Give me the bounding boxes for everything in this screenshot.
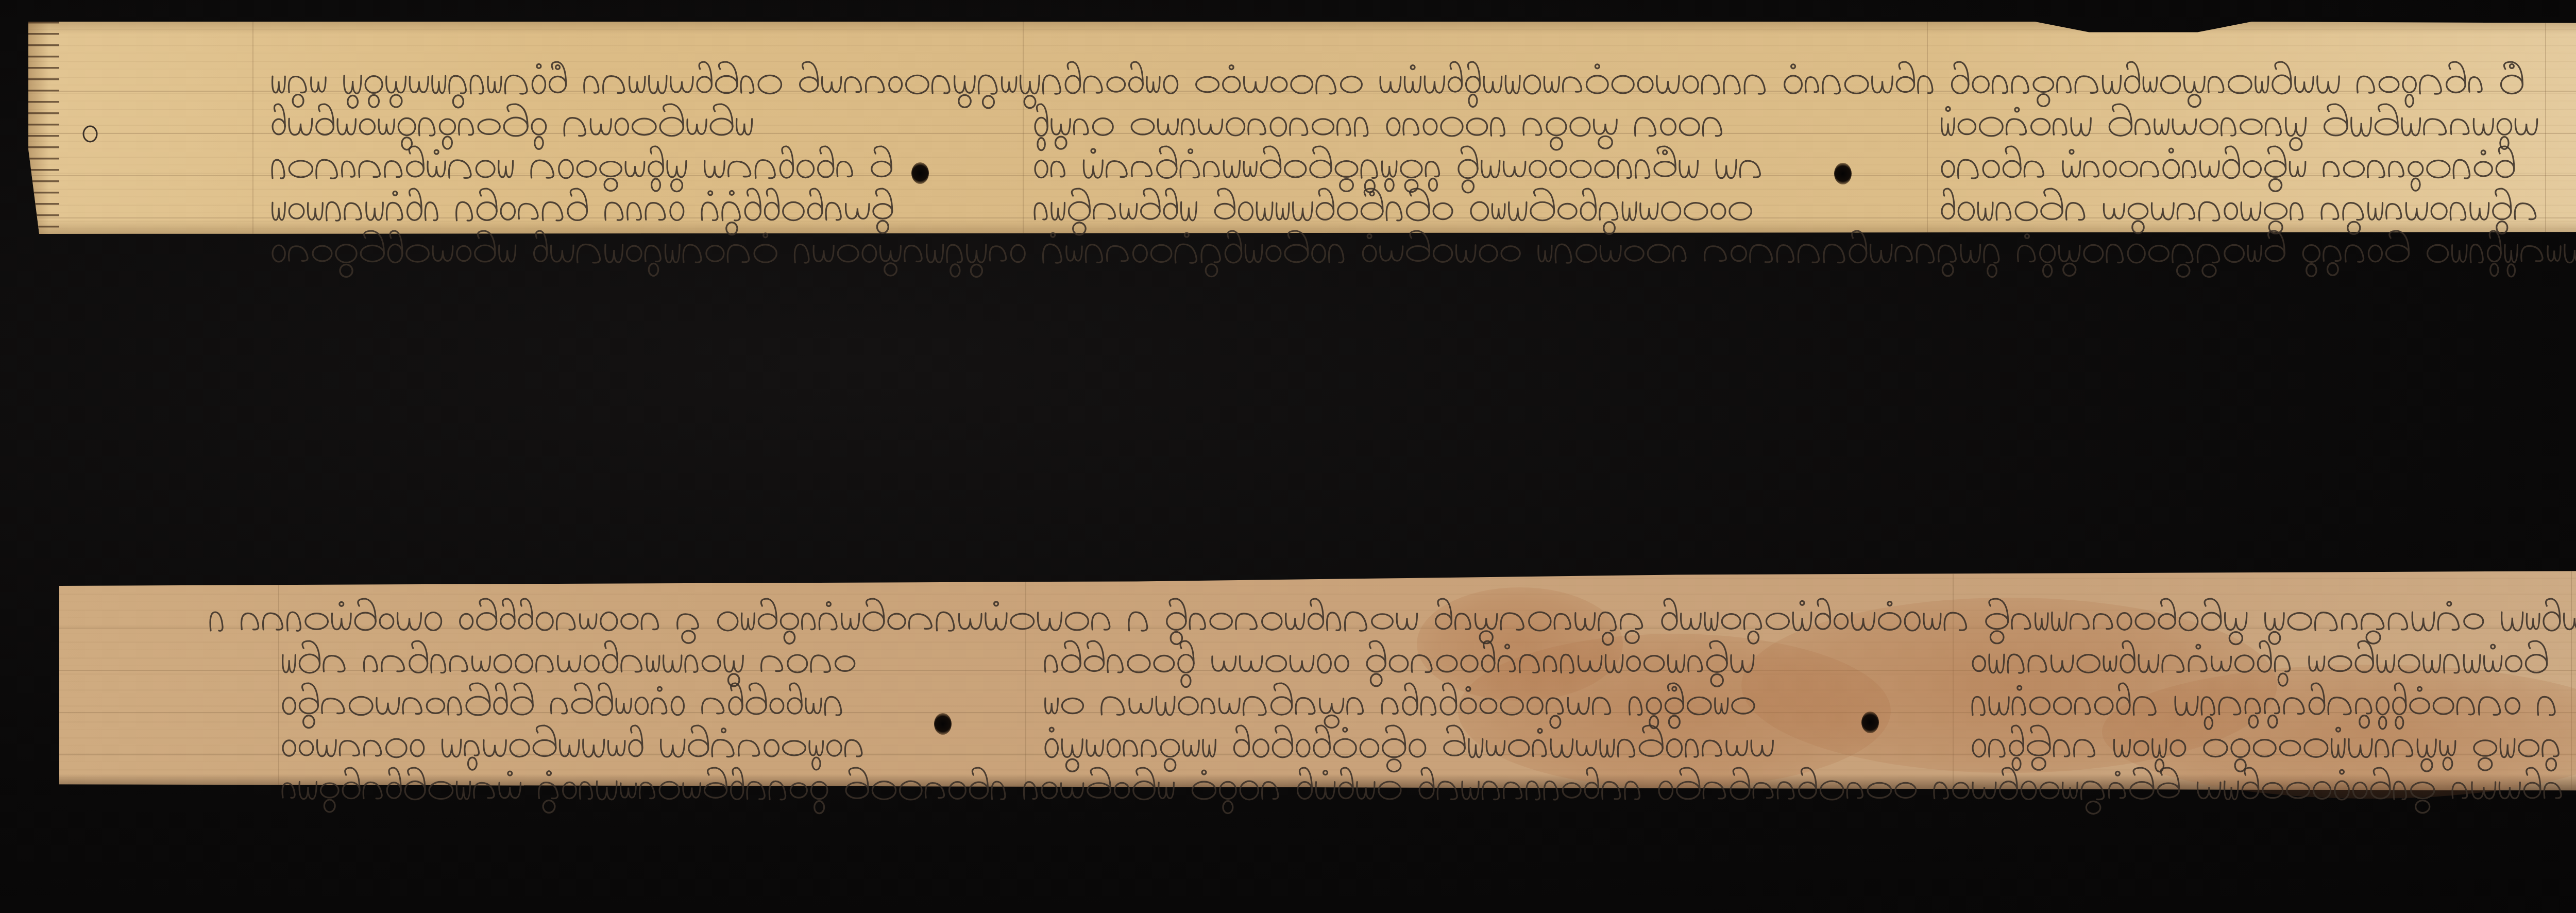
ruling-line-horizontal [59, 712, 2576, 713]
binding-hole [1834, 163, 1852, 184]
palm-leaf-bottom [59, 570, 2576, 791]
ruling-line-vertical [1927, 22, 1928, 234]
binding-hole [934, 713, 952, 735]
leaf-fiber-texture [59, 570, 2576, 791]
ruling-line-horizontal [28, 217, 2576, 218]
ruling-line-horizontal [28, 91, 2576, 92]
ruling-line-horizontal [59, 754, 2576, 755]
ruling-line-horizontal [59, 670, 2576, 671]
ruling-line-vertical [1025, 570, 1026, 791]
binding-hole [911, 162, 929, 184]
ruling-line-vertical [252, 22, 253, 234]
leaf-number-glyph [75, 119, 106, 149]
ruling-line-vertical [1953, 570, 1954, 791]
leaf-fiber-texture [28, 22, 2576, 234]
palm-leaf-top [28, 22, 2576, 234]
ruling-line-vertical [278, 570, 279, 791]
ruling-line-horizontal [28, 175, 2576, 176]
binding-hole [1861, 712, 1879, 733]
ruling-line-vertical [2571, 570, 2572, 791]
ruling-line-horizontal [59, 628, 2576, 629]
ruling-line-vertical [1023, 22, 1024, 234]
ruling-line-vertical [2545, 22, 2546, 234]
ruling-line-horizontal [28, 133, 2576, 134]
